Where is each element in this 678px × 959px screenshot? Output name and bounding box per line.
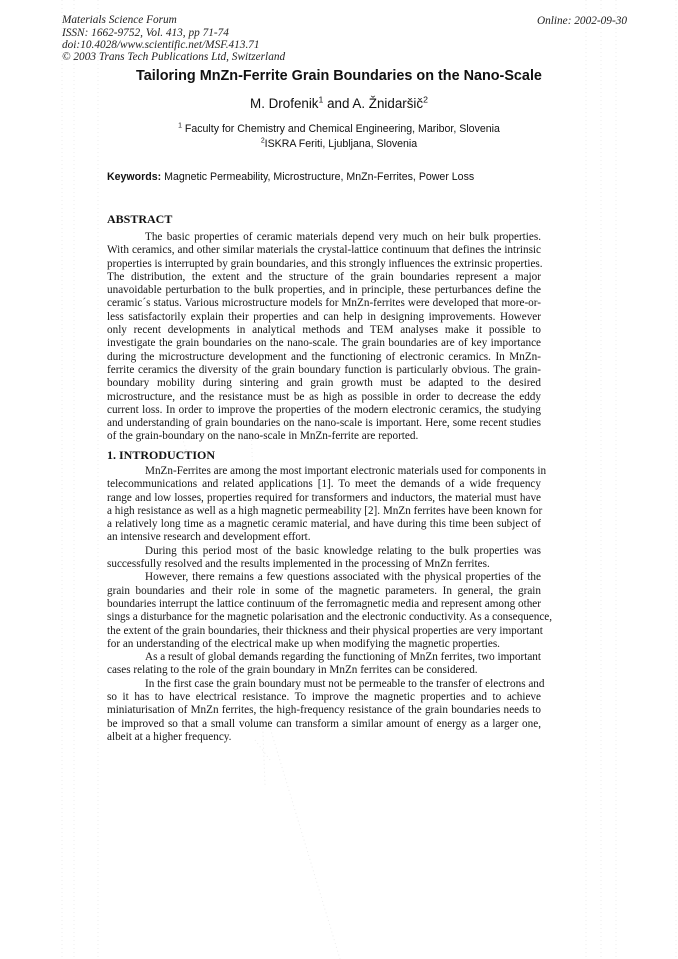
text-line: MnZn-Ferrites are among the most importa… xyxy=(107,465,541,478)
affiliation-2: 2ISKRA Feriti, Ljubljana, Slovenia xyxy=(0,138,678,150)
text-line: microstructure, and the resistance must … xyxy=(107,391,541,404)
text-line: grain boundaries and their role in some … xyxy=(107,585,541,598)
text-line: investigate the grain boundaries on the … xyxy=(107,337,541,350)
authors-line: M. Drofenik1 and A. Žnidaršič2 xyxy=(0,96,678,111)
text-line: With ceramics, and other similar materia… xyxy=(107,244,541,257)
text-line: during the microstructure development an… xyxy=(107,351,541,364)
affiliation-marker: 2 xyxy=(423,95,428,105)
text-line: sings a disturbance for the magnetic pol… xyxy=(107,611,541,624)
text-line: so it has to have electrical resistance.… xyxy=(107,691,541,704)
text-line: However, there remains a few questions a… xyxy=(107,571,541,584)
introduction-heading: 1. INTRODUCTION xyxy=(107,448,215,463)
text-line: miniaturisation of MnZn ferrites, the hi… xyxy=(107,704,541,717)
text-line: boundaries interrupt the lattice continu… xyxy=(107,598,541,611)
text-line: the extent of the grain boundaries, thei… xyxy=(107,625,541,638)
text-line: successfully resolved and the results im… xyxy=(107,558,541,571)
author-name: M. Drofenik xyxy=(250,96,318,111)
affiliation-text: Faculty for Chemistry and Chemical Engin… xyxy=(182,123,500,135)
text-line: The basic properties of ceramic material… xyxy=(107,231,541,244)
text-line: unavoidable perturbation to the bulk pro… xyxy=(107,284,541,297)
text-line: a relatively long time as a magnetic cer… xyxy=(107,518,541,531)
keywords-label: Keywords: xyxy=(107,171,161,183)
text-line: cases relating to the role of the grain … xyxy=(107,664,541,677)
affiliation-text: ISKRA Feriti, Ljubljana, Slovenia xyxy=(265,138,418,150)
text-line: less satisfactorily explain their proper… xyxy=(107,311,541,324)
text-line: for an understanding of the electrical m… xyxy=(107,638,541,651)
keywords-text: Magnetic Permeability, Microstructure, M… xyxy=(161,171,474,183)
text-line: of the grain-boundary on the nano-scale … xyxy=(107,430,541,443)
text-line: telecommunications and related applicati… xyxy=(107,478,541,491)
text-line: current loss. In order to improve the pr… xyxy=(107,404,541,417)
doi-line[interactable]: doi:10.4028/www.scientific.net/MSF.413.7… xyxy=(62,39,260,52)
text-line: range and low losses, properties require… xyxy=(107,492,541,505)
text-line: During this period most of the basic kno… xyxy=(107,545,541,558)
text-line: only recent developments in analytical m… xyxy=(107,324,541,337)
copyright-line: © 2003 Trans Tech Publications Ltd, Swit… xyxy=(62,51,285,64)
abstract-heading: ABSTRACT xyxy=(107,212,172,227)
text-line: In the first case the grain boundary mus… xyxy=(107,678,541,691)
paper-page: Materials Science Forum ISSN: 1662-9752,… xyxy=(0,0,678,959)
text-line: a high resistance as well as a high magn… xyxy=(107,505,541,518)
text-line: an intensive research and development ef… xyxy=(107,531,541,544)
online-date: Online: 2002-09-30 xyxy=(537,15,627,27)
text-line: albeit at a higher frequency. xyxy=(107,731,541,744)
affiliation-1: 1 Faculty for Chemistry and Chemical Eng… xyxy=(0,123,678,135)
text-line: be improved so that a small volume can t… xyxy=(107,718,541,731)
text-line: and understanding of grain boundaries on… xyxy=(107,417,541,430)
paper-title: Tailoring MnZn-Ferrite Grain Boundaries … xyxy=(0,68,678,84)
text-line: properties is interrupted by grain bound… xyxy=(107,258,541,271)
abstract-body: The basic properties of ceramic material… xyxy=(107,231,541,444)
text-line: ferrite ceramics the diversity of the gr… xyxy=(107,364,541,377)
keywords: Keywords: Magnetic Permeability, Microst… xyxy=(107,171,474,183)
journal-name: Materials Science Forum xyxy=(62,14,177,27)
issn-line: ISSN: 1662-9752, Vol. 413, pp 71-74 xyxy=(62,27,229,40)
text-line: As a result of global demands regarding … xyxy=(107,651,541,664)
text-line: boundary mobility during sintering and g… xyxy=(107,377,541,390)
text-line: The distribution, the extent and the str… xyxy=(107,271,541,284)
text-line: ceramic´s status. Various microstructure… xyxy=(107,297,541,310)
introduction-body: MnZn-Ferrites are among the most importa… xyxy=(107,465,541,744)
author-name: A. Žnidaršič xyxy=(352,96,423,111)
authors-joiner: and xyxy=(323,96,352,111)
